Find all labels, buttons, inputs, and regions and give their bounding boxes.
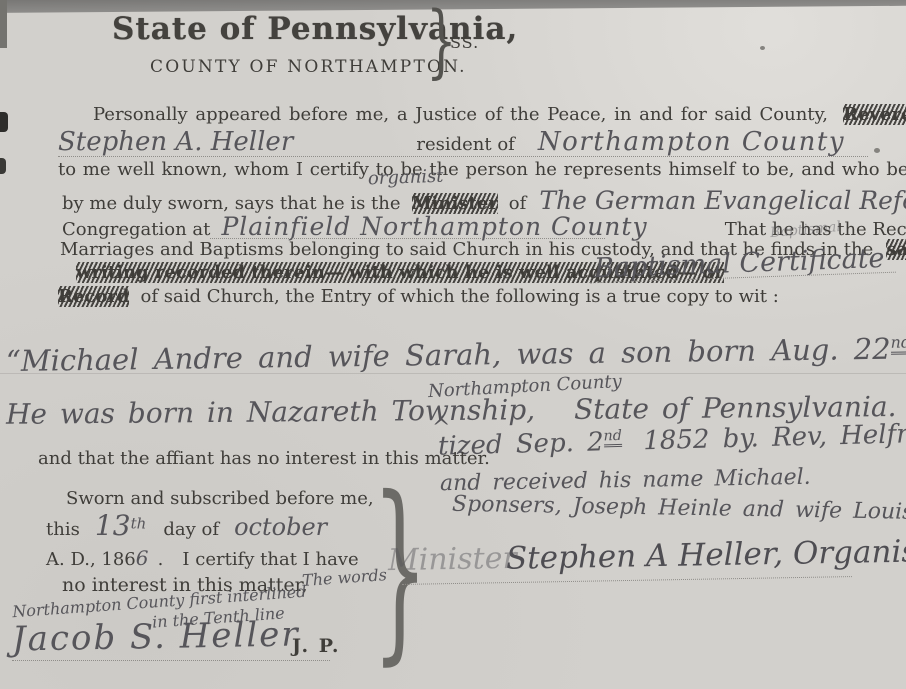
minister-signature-rule	[402, 576, 852, 585]
affidavit-line-1: Personally appeared before me, a Justice…	[93, 105, 906, 126]
handwritten-affiant-name: Stephen A. Heller	[58, 127, 293, 157]
jurat-date-line: this 13th day of october	[46, 510, 327, 542]
jurat-year-line: A. D., 1866 . I certify that I have	[46, 547, 359, 571]
affidavit-line-2: Stephen A. Heller resident of Northampto…	[58, 128, 845, 158]
record-line-1: “Michael Andre and wife Sarah, was a son…	[6, 331, 906, 378]
minister-faint-word: Minister	[388, 542, 517, 579]
handwritten-text: “Michael Andre and wife Sarah, was a son…	[6, 332, 891, 378]
printed-text: A. D., 186	[46, 549, 136, 570]
handwritten-congregation-name: The German Evangelical Reformed	[539, 186, 906, 215]
printed-text: day of	[163, 519, 219, 540]
scan-speck-1	[760, 46, 765, 50]
ordinal-superscript: nd	[890, 333, 906, 355]
scan-left-mark-1	[0, 112, 8, 132]
struck-word-said: said	[886, 239, 906, 260]
jp-signature: Jacob S. Heller	[12, 615, 300, 659]
jurat-sworn-line: Sworn and subscribed before me,	[66, 489, 374, 510]
form-baseline	[0, 373, 906, 374]
minister-signature: Stephen A Heller, Organist	[506, 534, 906, 577]
handwritten-congregation-place: Plainfield Northampton County	[221, 212, 647, 241]
handwritten-day: 13	[95, 509, 131, 542]
ordinal-superscript: nd	[603, 428, 622, 447]
jp-label: J. P.	[292, 636, 341, 658]
struck-word-reverend: Reverend	[843, 104, 906, 125]
printed-text: this	[46, 519, 80, 540]
scan-left-mark-2	[0, 158, 6, 174]
struck-word-minister: Minister	[412, 193, 498, 214]
ss-label: SS.	[450, 34, 479, 52]
printed-text: by me duly sworn, says that he is the	[62, 193, 401, 214]
scan-left-edge	[0, 0, 7, 48]
printed-text: Personally appeared before me, a Justice…	[93, 104, 828, 125]
printed-text: Congregation at	[62, 219, 210, 240]
handwritten-text: He was born in Nazareth Township,	[6, 393, 535, 431]
struck-word-record: Record	[58, 286, 129, 307]
scanned-document: State of Pennsylvania, COUNTY OF NORTHAM…	[0, 0, 906, 689]
printed-text: of	[509, 193, 527, 214]
signature-rule	[12, 660, 330, 661]
printed-text: I certify that I have	[182, 549, 358, 570]
scan-speck-2	[874, 148, 880, 153]
affidavit-line-8: Record of said Church, the Entry of whic…	[58, 287, 779, 308]
handwritten-month: october	[234, 513, 327, 541]
affidavit-line-3: to me well known, whom I certify to be t…	[58, 160, 906, 181]
printed-text: of said Church, the Entry of which the f…	[141, 286, 779, 307]
handwritten-year-digit: 6	[136, 546, 149, 570]
handwritten-residence: Northampton County	[538, 127, 845, 157]
printed-text: resident of	[416, 134, 514, 155]
day-superscript: th	[131, 515, 147, 533]
printed-text: .	[158, 549, 164, 570]
header-county-title: COUNTY OF NORTHAMPTON.	[150, 58, 467, 78]
record-line-5-sponsors: Sponsers, Joseph Heinle and wife Louisa”	[452, 492, 906, 526]
fill-in-rule	[58, 156, 868, 157]
